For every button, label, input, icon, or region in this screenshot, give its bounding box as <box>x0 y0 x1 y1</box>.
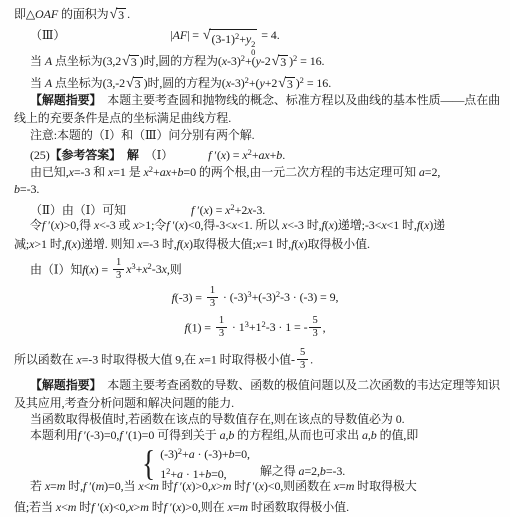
text-line: f(1) = 13 · 13+12-3 · 1 = -53, <box>14 316 496 341</box>
text-line: 及其应用,考查分析问题和解决问题的能力. <box>14 395 234 412</box>
math-token: 3 <box>287 77 293 91</box>
math-run: x<-3 <box>94 218 116 232</box>
math-token: ′( <box>249 479 258 493</box>
text-run: （Ⅲ） <box>30 28 65 42</box>
text-run: 由已知, <box>30 165 69 179</box>
math-token: +( <box>249 76 260 90</box>
math-token: 3 <box>135 77 141 91</box>
fraction-denominator: 3 <box>216 328 227 340</box>
math-run: f ′(x)<0,x>m <box>91 500 149 514</box>
math-token: +(-3) <box>252 290 276 304</box>
text-run: 或 <box>116 218 134 232</box>
text-run: 的两个根,由一元二次方程的韦达定理可知 <box>196 165 419 179</box>
math-run: A <box>45 76 52 90</box>
text-run: 可得到关于 <box>154 428 219 442</box>
fraction: 13 <box>216 315 227 340</box>
text-line: 【解题指要】 本题主要考查函数的导数、函数的极值问题以及二次函数的韦达定理等知识 <box>30 377 500 394</box>
text-run: 注意:本题的（Ⅰ）和（Ⅲ）问分别有两个解. <box>30 128 255 142</box>
math-run: · (-3)3+(-3)2-3 · (-3) = 9, <box>220 290 338 304</box>
math-run: f(x) <box>177 237 193 251</box>
math-token: -3 · (-3) = 9, <box>280 290 338 304</box>
math-token: m <box>239 500 248 514</box>
text-line: 减;x>1 时,f(x)递增. 则知 x=-3 时,f(x)取得极大值;x=1 … <box>14 236 370 253</box>
math-token: < <box>61 500 68 514</box>
math-run: f ′(x) = x2+ax+b. <box>208 148 285 162</box>
text-run: 取得极大值; <box>193 237 256 251</box>
math-token: -3) <box>231 76 245 90</box>
text-run: 时 <box>76 500 91 514</box>
text-run: . <box>310 352 313 366</box>
math-token: + <box>153 165 160 179</box>
math-token: -2 <box>261 54 271 68</box>
math-token: =2, <box>304 464 319 478</box>
fraction-numerator: 1 <box>216 315 227 328</box>
fraction: 53 <box>309 315 320 340</box>
math-token: =1 <box>204 352 217 366</box>
math-token: = 4. <box>258 28 279 42</box>
text-run: 时, <box>304 218 322 232</box>
text-line: 【解题指要】 本题主要考查圆和抛物线的概念、标准方程以及曲线的基本性质——点在曲 <box>30 92 500 109</box>
text-line: {(-3)2+a · (-3)+b=0,12+a · 1+b=0,解之得 a=2… <box>140 445 345 481</box>
text-run: 时 <box>159 479 174 493</box>
math-token: m <box>150 479 159 493</box>
text-run: 取得极小值. <box>307 237 369 251</box>
text-run: 和 <box>90 165 108 179</box>
math-run: x<-3 <box>282 218 304 232</box>
math-token: )>0, <box>181 500 200 514</box>
equation-rows: (-3)2+a · (-3)+b=0,12+a · 1+b=0, <box>160 443 250 483</box>
text-run: 时, <box>159 237 177 251</box>
math-token: )>0, <box>60 218 79 232</box>
math-token: -3< <box>215 218 231 232</box>
math-run: , <box>323 320 326 334</box>
fraction-numerator: 1 <box>113 257 124 270</box>
sqrt-radical: √3 <box>110 8 127 22</box>
math-token: )<0, <box>184 218 203 232</box>
math-run: x=1 <box>256 237 274 251</box>
math-token: = <box>339 479 346 493</box>
bold-label: 【解题指要】 <box>30 378 95 392</box>
fraction-denominator: 3 <box>207 298 218 310</box>
math-token: · 1 <box>229 320 245 334</box>
math-run: f(x) <box>417 218 433 232</box>
math-token: 3 <box>118 8 124 22</box>
math-run: x2+ax+b=0 <box>144 165 196 179</box>
text-line: 当函数取得极值时,若函数在该点的导数值存在,则在该点的导数值必为 0. <box>30 411 405 428</box>
math-token: +2 <box>235 203 248 217</box>
fraction-denominator: 3 <box>309 328 320 340</box>
math-run: f ′(m)=0, <box>83 479 124 493</box>
math-token: + <box>182 447 189 461</box>
left-brace: { <box>142 446 155 480</box>
math-token: ′(1)=0 <box>123 428 155 442</box>
text-run: 时,圆的方程为 <box>147 76 221 90</box>
math-token: (1) = <box>188 320 214 334</box>
text-run: 减; <box>14 237 29 251</box>
text-run: 当函数取得极值时,若函数在该点的导数值存在,则在该点的导数值必为 0. <box>30 412 405 426</box>
document-page: 即△OAF 的面积为√3.（Ⅲ）|AF| = √(3-1)2+y20 = 4.当… <box>0 0 510 517</box>
text-run: 由（Ⅰ）知 <box>30 262 82 276</box>
math-run: f(x) <box>65 237 81 251</box>
text-run: 所以函数在 <box>14 352 76 366</box>
math-run: x=m <box>45 479 65 493</box>
math-run: x=-3 <box>76 352 98 366</box>
text-line: f(-3) = 13 · (-3)3+(-3)2-3 · (-3) = 9, <box>14 286 496 311</box>
math-token: 3 <box>131 55 137 69</box>
bold-label: 【参考答案】 <box>50 148 115 162</box>
math-token: m <box>346 479 355 493</box>
math-run: -3<x<1. <box>215 218 252 232</box>
math-run: f(1) = <box>184 320 213 334</box>
math-token: ) = <box>209 203 225 217</box>
math-token: -3. <box>252 203 265 217</box>
text-run: 令 <box>30 218 42 232</box>
math-run: OAF <box>35 7 58 21</box>
text-run: 递增. 则知 <box>81 237 137 251</box>
text-run: 递增; <box>338 218 365 232</box>
math-run: a,b <box>362 428 377 442</box>
text-run: 即△ <box>14 7 35 21</box>
text-run: 的面积为 <box>58 7 109 21</box>
fraction: 13 <box>113 257 124 282</box>
text-run: 是 <box>126 165 144 179</box>
math-run: f(x) <box>291 237 307 251</box>
math-token: = <box>50 479 57 493</box>
math-run: |AF| = √(3-1)2+y20 = 4. <box>170 28 279 42</box>
math-run: f ′(x)<0, <box>166 218 203 232</box>
text-line: 值;若当 x<m 时f ′(x)<0,x>m 时f ′(x)>0,则在 x=m … <box>14 499 349 516</box>
text-run: 线上的充要条件是点的坐标满足曲线方程. <box>14 111 231 125</box>
math-token: ′( <box>169 218 178 232</box>
text-run: 时函数取得极小值. <box>248 500 349 514</box>
text-run: 的方程组,从而也可求出 <box>234 428 362 442</box>
fraction-denominator: 3 <box>297 360 308 372</box>
sqrt-radical: √3 <box>272 55 289 69</box>
math-token: (-3) = <box>175 290 205 304</box>
math-run: f ′(x) = x2+2x-3. <box>191 203 265 217</box>
math-token: )<0, <box>109 500 128 514</box>
sqrt-radical: √3 <box>122 55 139 69</box>
fraction-numerator: 5 <box>309 315 320 328</box>
math-token: +1 <box>249 320 262 334</box>
fraction-denominator: 3 <box>113 270 124 282</box>
math-token: =1 <box>113 165 126 179</box>
math-token: (3,2 <box>103 54 122 68</box>
math-run: f ′(x)>0, <box>164 500 201 514</box>
text-run <box>115 148 127 162</box>
math-token: =0, <box>234 447 249 461</box>
math-run: f ′(x)<0, <box>246 479 283 493</box>
text-line: 由（Ⅰ）知f(x) = 13x3+x2-3x,则 <box>30 258 182 283</box>
math-token: -3 <box>152 262 162 276</box>
math-token: -3) <box>227 54 241 68</box>
text-run: （Ⅰ） <box>139 148 173 162</box>
text-run: 解之得 <box>260 464 299 478</box>
math-token: m <box>223 479 232 493</box>
math-run: · 13+12-3 · 1 = - <box>229 320 307 334</box>
text-run: 当 <box>124 479 139 493</box>
math-token: · (-3)+ <box>195 447 229 461</box>
math-token: )<0, <box>264 479 283 493</box>
math-run: f ′(x)>0, <box>42 218 79 232</box>
math-run: x=m <box>227 500 247 514</box>
text-run: 得 <box>79 218 94 232</box>
equation-row: (-3)2+a · (-3)+b=0, <box>160 443 250 463</box>
math-token: <1. <box>237 218 252 232</box>
math-token: A <box>45 76 52 90</box>
text-run: 递 <box>433 218 445 232</box>
radicand: 3 <box>285 77 295 91</box>
text-line: （Ⅱ）由（Ⅰ）可知f ′(x) = x2+2x-3. <box>30 199 265 219</box>
math-token: . <box>127 7 130 21</box>
text-run: 所以 <box>253 218 283 232</box>
text-run: 时, <box>47 237 65 251</box>
fraction-numerator: 1 <box>207 285 218 298</box>
radicand: 3 <box>133 77 143 91</box>
bold-label: 解 <box>127 148 139 162</box>
math-token: m <box>57 479 66 493</box>
text-run: (25) <box>30 148 50 162</box>
math-token: >1 <box>34 237 47 251</box>
math-run: a=2, <box>419 165 440 179</box>
text-run: 令 <box>154 218 166 232</box>
math-token: ′( <box>94 500 103 514</box>
math-token: -3< <box>365 218 381 232</box>
math-token: + <box>239 32 246 46</box>
math-run: x3+x2-3x <box>126 262 167 276</box>
math-token: =0 <box>183 165 196 179</box>
math-token: =-3 <box>82 352 98 366</box>
text-run: 时取得极大值 9,在 <box>98 352 199 366</box>
math-run: x<m <box>138 479 158 493</box>
math-token: ) = <box>95 262 111 276</box>
radicand: 3 <box>278 55 288 69</box>
math-token: ′( <box>177 479 186 493</box>
text-run: 时 <box>231 479 246 493</box>
math-token: =-3. <box>326 464 345 478</box>
radicand: 3 <box>129 55 139 69</box>
text-line: 若 x=m 时,f ′(m)=0,当 x<m 时f ′(x)>0,x>m 时f … <box>30 478 417 495</box>
math-token: +( <box>245 54 256 68</box>
equation-system: {(-3)2+a · (-3)+b=0,12+a · 1+b=0, <box>140 445 250 481</box>
math-token: 3 <box>280 55 286 69</box>
math-token: m <box>140 500 149 514</box>
text-run: 若 <box>30 479 45 493</box>
radicand: 3 <box>116 8 126 22</box>
math-token: · (-3) <box>220 290 247 304</box>
math-token: =-3 <box>74 165 90 179</box>
math-token: =-3. <box>20 182 39 196</box>
math-token: ′( <box>211 148 220 162</box>
text-run: 的值,即 <box>377 428 419 442</box>
bold-label: 【解题指要】 <box>30 93 95 107</box>
math-token: ax <box>160 165 171 179</box>
math-run: x=1 <box>108 165 126 179</box>
math-token: ′( <box>167 500 176 514</box>
math-token: -3 · 1 = - <box>266 320 308 334</box>
text-run: 当 <box>30 54 45 68</box>
math-run: x>1 <box>29 237 47 251</box>
text-line: 当 A 点坐标为(3,-2√3)时,圆的方程为(x-3)2+(y+2√3)2 =… <box>30 72 331 92</box>
math-token: ′( <box>194 203 203 217</box>
math-run: x=-3 <box>137 237 159 251</box>
text-run: 值;若当 <box>14 500 56 514</box>
math-run: b=-3. <box>14 182 39 196</box>
text-line: 线上的充要条件是点的坐标满足曲线方程. <box>14 110 231 127</box>
text-run: 时, <box>65 479 83 493</box>
math-run: x=1 <box>199 352 217 366</box>
text-run: 时, <box>399 218 417 232</box>
math-token: ax <box>258 148 269 162</box>
math-token: = 16. <box>304 76 331 90</box>
text-run: （Ⅱ）由（Ⅰ）可知 <box>30 203 126 217</box>
math-token: )=0, <box>104 479 123 493</box>
text-line: 由已知,x=-3 和 x=1 是 x2+ax+b=0 的两个根,由一元二次方程的… <box>30 161 440 181</box>
math-token: <1 <box>387 218 400 232</box>
math-run: a,b <box>220 428 235 442</box>
math-run: x=-3 <box>69 165 91 179</box>
text-line: 即△OAF 的面积为√3. <box>14 6 130 23</box>
text-run: 得 <box>203 218 215 232</box>
math-token: >1; <box>139 218 155 232</box>
math-run: x>1; <box>133 218 154 232</box>
text-run: 时, <box>274 237 292 251</box>
math-run: x<m <box>56 500 76 514</box>
math-token: > <box>216 479 223 493</box>
math-token: (3-1) <box>211 32 235 46</box>
text-line: 所以函数在 x=-3 时取得极大值 9,在 x=1 时取得极小值-53. <box>14 348 313 373</box>
math-token: m <box>96 479 105 493</box>
math-token: <-3 <box>287 218 303 232</box>
text-run: 则函数在 <box>283 479 334 493</box>
math-run: (3,-2√3) <box>103 76 148 90</box>
text-line: 注意:本题的（Ⅰ）和（Ⅲ）问分别有两个解. <box>30 127 255 144</box>
text-line: 本题利用f ′(-3)=0,f ′(1)=0 可得到关于 a,b 的方程组,从而… <box>30 427 418 444</box>
math-run: (x-3)2+(y-2√3)2 = 16. <box>218 54 325 68</box>
text-run: 则在 <box>201 500 228 514</box>
math-token: =1 <box>261 237 274 251</box>
math-token: | = <box>187 28 202 42</box>
text-run: ,则 <box>167 262 182 276</box>
math-token: (3,-2 <box>103 76 126 90</box>
fraction-numerator: 5 <box>297 347 308 360</box>
math-token: A <box>45 54 52 68</box>
math-token: ′( <box>86 479 95 493</box>
math-run: √3. <box>109 7 130 21</box>
text-line: 当 A 点坐标为(3,2√3)时,圆的方程为(x-3)2+(y-2√3)2 = … <box>30 50 324 70</box>
math-run: -3<x<1 <box>365 218 399 232</box>
math-token: +2 <box>265 76 278 90</box>
text-run: 本题主要考查函数的导数、函数的极值问题以及二次函数的韦达定理等知识 <box>95 378 500 392</box>
math-run: x=m <box>334 479 354 493</box>
math-token: )>0, <box>191 479 210 493</box>
text-run: 时,圆的方程为 <box>144 54 218 68</box>
text-line: b=-3. <box>14 181 39 198</box>
sqrt-radical: √3 <box>278 77 295 91</box>
text-run: 点坐标为 <box>52 76 103 90</box>
text-run: 本题主要考查圆和抛物线的概念、标准方程以及曲线的基本性质——点在曲 <box>95 93 500 107</box>
math-token: ) = <box>226 148 242 162</box>
math-token: . <box>282 148 285 162</box>
text-run: 时取得极小值- <box>217 352 295 366</box>
text-line: 令f ′(x)>0,得 x<-3 或 x>1;令f ′(x)<0,得-3<x<1… <box>30 217 445 234</box>
math-run: (3,2√3) <box>103 54 144 68</box>
math-token: , <box>323 320 326 334</box>
math-run: f(x) = <box>82 262 111 276</box>
text-run: 本题利用 <box>30 428 78 442</box>
math-run: a=2,b=-3. <box>299 464 346 478</box>
math-run: f(x) <box>322 218 338 232</box>
math-token: =2, <box>425 165 440 179</box>
text-run: 时 <box>149 500 164 514</box>
math-token: (-3) <box>160 447 178 461</box>
math-run: f ′(x)>0,x>m <box>174 479 232 493</box>
math-token: ′(-3)=0, <box>81 428 119 442</box>
fraction: 13 <box>207 285 218 310</box>
math-run: f ′(-3)=0,f ′(1)=0 <box>78 428 155 442</box>
math-run: A <box>45 54 52 68</box>
math-token: AF <box>173 28 187 42</box>
sqrt-radical: √3 <box>126 77 143 91</box>
text-run: 及其应用,考查分析问题和解决问题的能力. <box>14 396 234 410</box>
math-run: (x-3)2+(y+2√3)2 = 16. <box>222 76 331 90</box>
text-run: 时取得极大 <box>354 479 416 493</box>
math-token: = 16. <box>297 54 324 68</box>
math-token: + <box>171 165 178 179</box>
math-token: =-3 <box>142 237 158 251</box>
math-token: OAF <box>35 7 58 21</box>
text-run: 点坐标为 <box>52 54 103 68</box>
fraction: 53 <box>297 347 308 372</box>
math-token: <-3 <box>99 218 115 232</box>
math-run: f(-3) = <box>172 290 205 304</box>
text-run: 当 <box>30 76 45 90</box>
